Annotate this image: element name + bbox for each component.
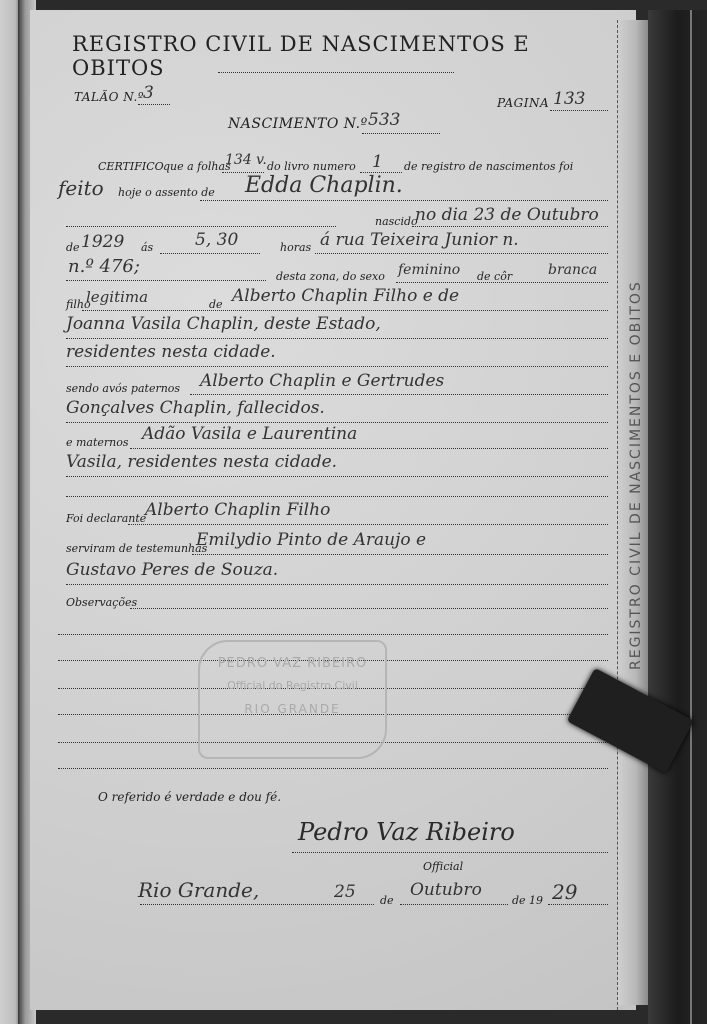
year-value: 29 [552,880,577,904]
official-signature: Pedro Vaz Ribeiro [298,818,515,846]
sexo-cor-line [396,282,608,283]
nascido-value: no dia 23 de Outubro [415,205,599,225]
pais-line-3 [66,366,608,367]
month-line [400,904,508,905]
certifico-label: CERTIFICO [98,160,164,173]
stub-spine-text: REGISTRO CIVIL DE NASCIMENTOS E OBITOS [628,270,650,680]
declarante-line [128,524,608,525]
stamp-name: PEDRO VAZ RIBEIRO [200,656,385,671]
verdade-text: O referido é verdade e dou fé. [98,790,281,804]
pagina-line [550,110,608,111]
nascido-line [412,226,608,227]
assento-line [200,200,608,201]
book-cover [648,10,707,1024]
blank-line-2 [66,496,608,497]
assento-value: Edda Chaplin. [245,173,403,198]
local-value: á rua Teixeira Junior n. [320,230,519,250]
local-line-2 [66,280,266,281]
registro-text: de registro de nascimentos foi [404,160,573,173]
ano-value: 1929 [81,232,124,252]
maternos-value-1: Adão Vasila e Laurentina [142,424,357,444]
folhas-value: 134 v. [225,152,267,168]
certifico-text: que a folhas [163,160,231,173]
maternos-line-2 [66,476,608,477]
pais-value-3: residentes nesta cidade. [66,342,276,362]
nascimento-line [362,133,440,134]
local-line [315,253,608,254]
cover-edge [690,10,692,1024]
testemunhas-line-1 [192,554,608,555]
de3-label: de [380,894,394,907]
zona-label: desta zona, do sexo [276,270,385,283]
title-underline [218,72,454,73]
as-label: ás [141,241,153,254]
perforation-line [617,20,618,1010]
assento-label: hoje o assento de [118,186,215,199]
cor-value: branca [548,262,597,278]
pais-line-1 [82,310,608,311]
place-value: Rio Grande, [138,878,259,902]
horas-label: horas [280,241,311,254]
avos-paternos-line-2 [66,422,608,423]
testemunhas-line-2 [66,584,608,585]
hora-line [160,253,260,254]
observacoes-label: Observações [66,596,137,609]
pais-line-2 [66,338,608,339]
talao-label: TALÃO N.º [74,90,144,104]
nascimento-label: NASCIMENTO N.º [228,116,368,132]
day-value: 25 [334,882,356,902]
observacoes-line-2 [58,634,608,635]
avos-paternos-label: sendo avós paternos [66,382,180,395]
testemunhas-value-2: Gustavo Peres de Souza. [66,560,278,580]
blank-line-1 [66,226,336,227]
livro-label: do livro numero [267,160,356,173]
filho-value: legitima [86,288,148,306]
maternos-value-2: Vasila, residentes nesta cidade. [66,452,337,472]
de-label: de [66,241,80,254]
stamp-city: RIO GRANDE [200,702,385,716]
observacoes-line-7 [58,768,608,769]
testemunhas-value-1: Emilydio Pinto de Araujo e [196,530,426,550]
avos-paternos-value-2: Gonçalves Chaplin, fallecidos. [66,398,325,418]
maternos-line-1 [130,448,608,449]
feito-value: feito [58,176,104,200]
testemunhas-label: serviram de testemunhas [66,542,207,555]
maternos-label: e maternos [66,436,129,449]
pagina-value: 133 [553,89,585,109]
pais-value-2: Joanna Vasila Chaplin, deste Estado, [66,314,381,334]
pais-value-1: Alberto Chaplin Filho e de [232,286,459,306]
declarante-value: Alberto Chaplin Filho [145,500,330,520]
livro-value: 1 [372,152,383,172]
de4-label: de 19 [512,894,543,907]
hora-value: 5, 30 [195,230,238,250]
nascimento-value: 533 [368,110,400,130]
pagina-label: PAGINA [497,96,549,110]
official-label: Official [423,860,463,873]
official-stamp: PEDRO VAZ RIBEIRO Official do Registro C… [198,640,387,759]
local-value-2: n.º 476; [68,256,140,277]
place-line [140,904,374,905]
signature-line [292,852,608,853]
avos-paternos-line-1 [190,394,608,395]
sexo-value: feminino [398,262,460,278]
year-line [548,904,608,905]
observacoes-line-1 [130,608,608,609]
stamp-title: Official do Registro Civil [200,679,385,692]
talao-value: 3 [143,83,154,103]
avos-paternos-value-1: Alberto Chaplin e Gertrudes [200,371,444,391]
talao-line [138,104,170,105]
month-value: Outubro [410,880,482,900]
